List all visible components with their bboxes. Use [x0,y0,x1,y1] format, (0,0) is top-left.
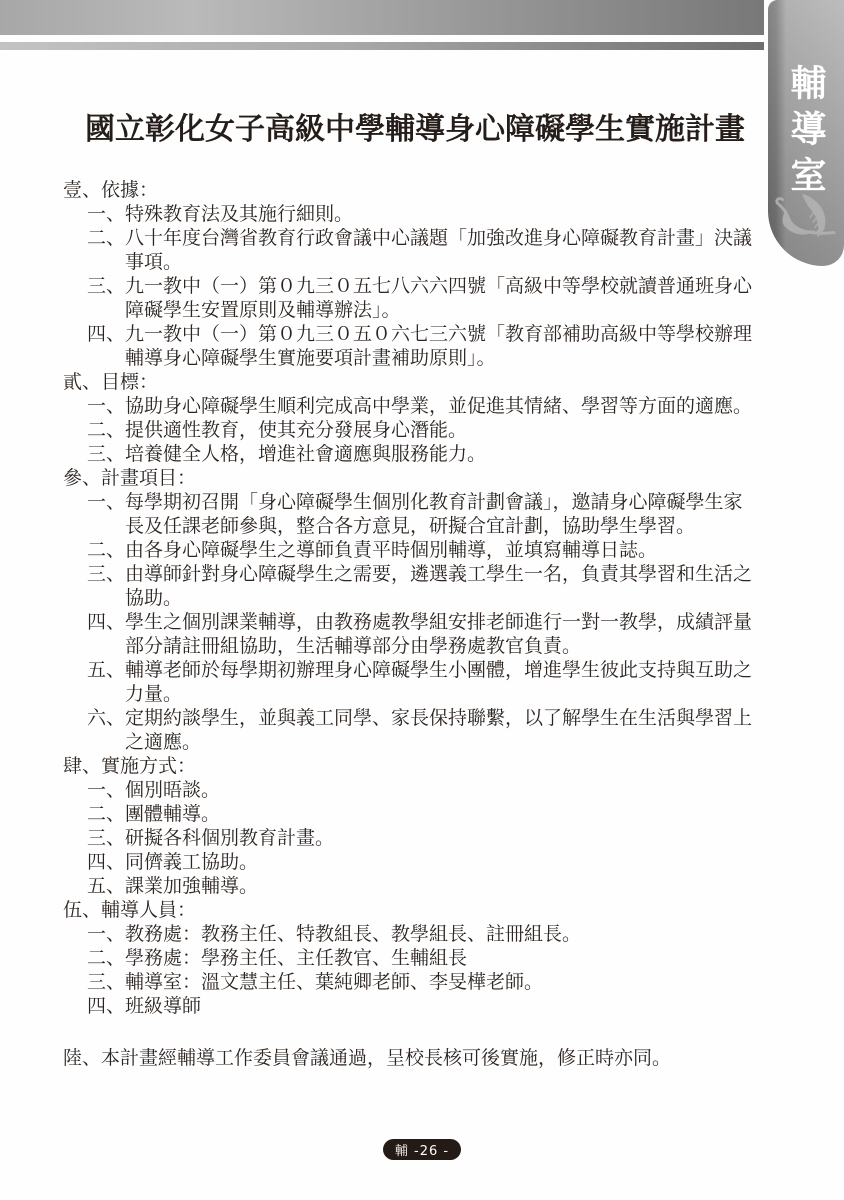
list-item: 一、協助身心障礙學生順利完成高中學業，並促進其情緒、學習等方面的適應。 [87,394,755,418]
list-item: 五、輔導老師於每學期初辦理身心障礙學生小團體，增進學生彼此支持與互助之力量。 [87,658,755,706]
section-heading: 參、計畫項目： [63,466,755,490]
list-item: 四、班級導師 [87,994,755,1018]
section-heading: 伍、輔導人員： [63,898,755,922]
section-heading: 肆、實施方式： [63,754,755,778]
section-approval: 陸、本計畫經輔導工作委員會議通過，呈校長核可後實施，修正時亦同。 [63,1046,755,1070]
list-item: 二、提供適性教育，使其充分發展身心潛能。 [87,418,755,442]
page-title: 國立彰化女子高級中學輔導身心障礙學生實施計畫 [85,104,785,148]
list-item: 二、由各身心障礙學生之導師負責平時個別輔導，並填寫輔導日誌。 [87,538,755,562]
list-item: 四、同儕義工協助。 [87,850,755,874]
section-plan-items: 參、計畫項目： 一、每學期初召開「身心障礙學生個別化教育計劃會議」，邀請身心障礙… [63,466,755,754]
list-item: 五、課業加強輔導。 [87,874,755,898]
side-tab-label: 輔導室 [788,64,824,202]
section-personnel: 伍、輔導人員： 一、教務處：教務主任、特教組長、教學組長、註冊組長。 二、學務處… [63,898,755,1018]
list-item: 四、九一教中（一）第０九三０五０六七三六號「教育部補助高級中等學校辦理輔導身心障… [87,322,755,370]
list-item: 一、個別晤談。 [87,778,755,802]
page-number-badge: 輔 -26 - [383,1139,461,1160]
header-gradient-bar [0,0,764,35]
list-item: 三、輔導室：溫文慧主任、葉純卿老師、李旻樺老師。 [87,970,755,994]
list-item: 二、八十年度台灣省教育行政會議中心議題「加強改進身心障礙教育計畫」決議事項。 [87,226,755,274]
list-item: 三、研擬各科個別教育計畫。 [87,826,755,850]
list-item: 三、由導師針對身心障礙學生之需要，遴選義工學生一名，負責其學習和生活之協助。 [87,562,755,610]
scanned-document-page: 輔導室 國立彰化女子高級中學輔導身心障礙學生實施計畫 壹、依據： 一、特殊教育法… [0,0,844,1200]
section-heading: 陸、本計畫經輔導工作委員會議通過，呈校長核可後實施，修正時亦同。 [63,1046,755,1070]
list-item: 三、九一教中（一）第０九三０五七八六六四號「高級中等學校就讀普通班身心障礙學生安… [87,274,755,322]
section-heading: 壹、依據： [63,178,755,202]
section-basis: 壹、依據： 一、特殊教育法及其施行細則。 二、八十年度台灣省教育行政會議中心議題… [63,178,755,370]
list-item: 六、定期約談學生，並與義工同學、家長保持聯繫，以了解學生在生活與學習上之適應。 [87,706,755,754]
document-body: 壹、依據： 一、特殊教育法及其施行細則。 二、八十年度台灣省教育行政會議中心議題… [63,178,755,1070]
list-item: 一、教務處：教務主任、特教組長、教學組長、註冊組長。 [87,922,755,946]
list-item: 四、學生之個別課業輔導，由教務處教學組安排老師進行一對一教學，成績評量部分請註冊… [87,610,755,658]
list-item: 二、團體輔導。 [87,802,755,826]
feather-wing-icon [770,192,836,246]
list-item: 一、每學期初召開「身心障礙學生個別化教育計劃會議」，邀請身心障礙學生家長及任課老… [87,490,755,538]
list-item: 三、培養健全人格，增進社會適應與服務能力。 [87,442,755,466]
section-methods: 肆、實施方式： 一、個別晤談。 二、團體輔導。 三、研擬各科個別教育計畫。 四、… [63,754,755,898]
list-item: 一、特殊教育法及其施行細則。 [87,202,755,226]
list-item: 二、學務處：學務主任、主任教官、生輔組長 [87,946,755,970]
section-goals: 貳、目標： 一、協助身心障礙學生順利完成高中學業，並促進其情緒、學習等方面的適應… [63,370,755,466]
header-accent-bar [0,42,764,50]
section-heading: 貳、目標： [63,370,755,394]
